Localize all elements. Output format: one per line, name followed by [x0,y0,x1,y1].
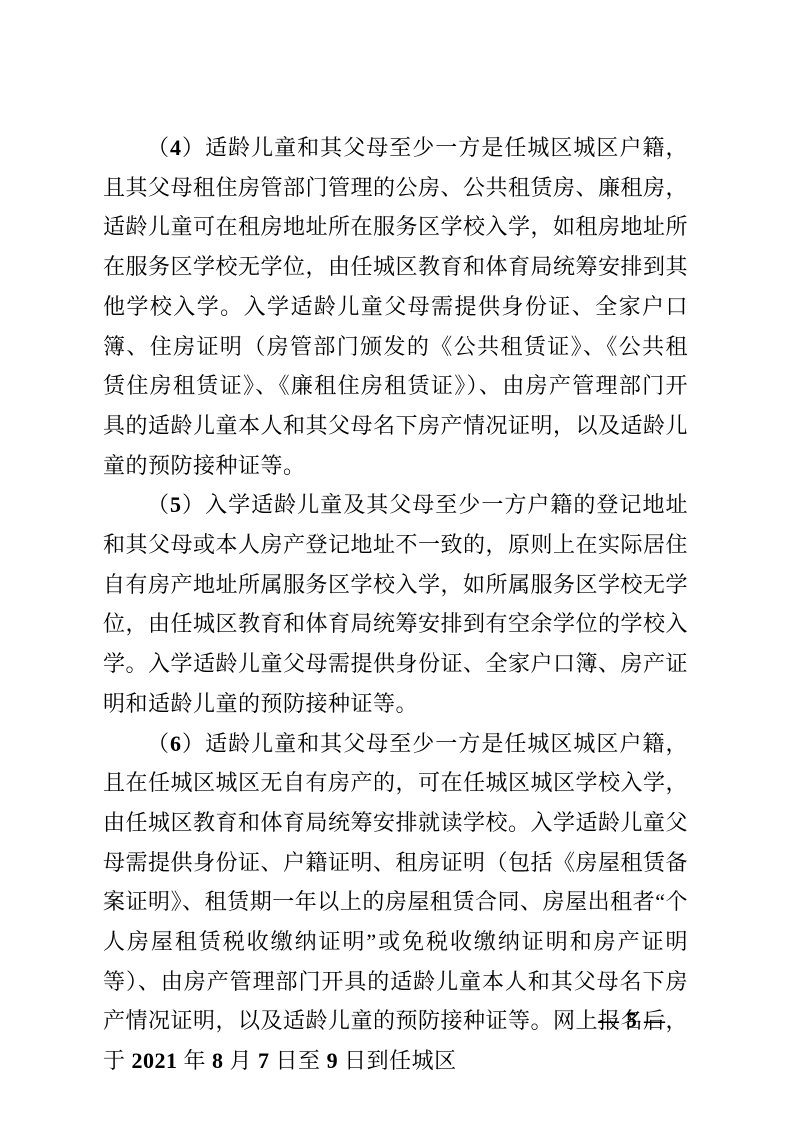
paragraph-item-4: （4）适龄儿童和其父母至少一方是任城区城区户籍，且其父母租住房管部门管理的公房、… [103,128,688,485]
paragraph-item-5: （5）入学适龄儿童及其父母至少一方户籍的登记地址和其父母或本人房产登记地址不一致… [103,485,688,723]
document-body: （4）适龄儿童和其父母至少一方是任城区城区户籍，且其父母租住房管部门管理的公房、… [103,128,688,1081]
document-page: （4）适龄儿童和其父母至少一方是任城区城区户籍，且其父母租住房管部门管理的公房、… [0,0,794,1123]
page-number: — 5 — [598,1008,668,1033]
